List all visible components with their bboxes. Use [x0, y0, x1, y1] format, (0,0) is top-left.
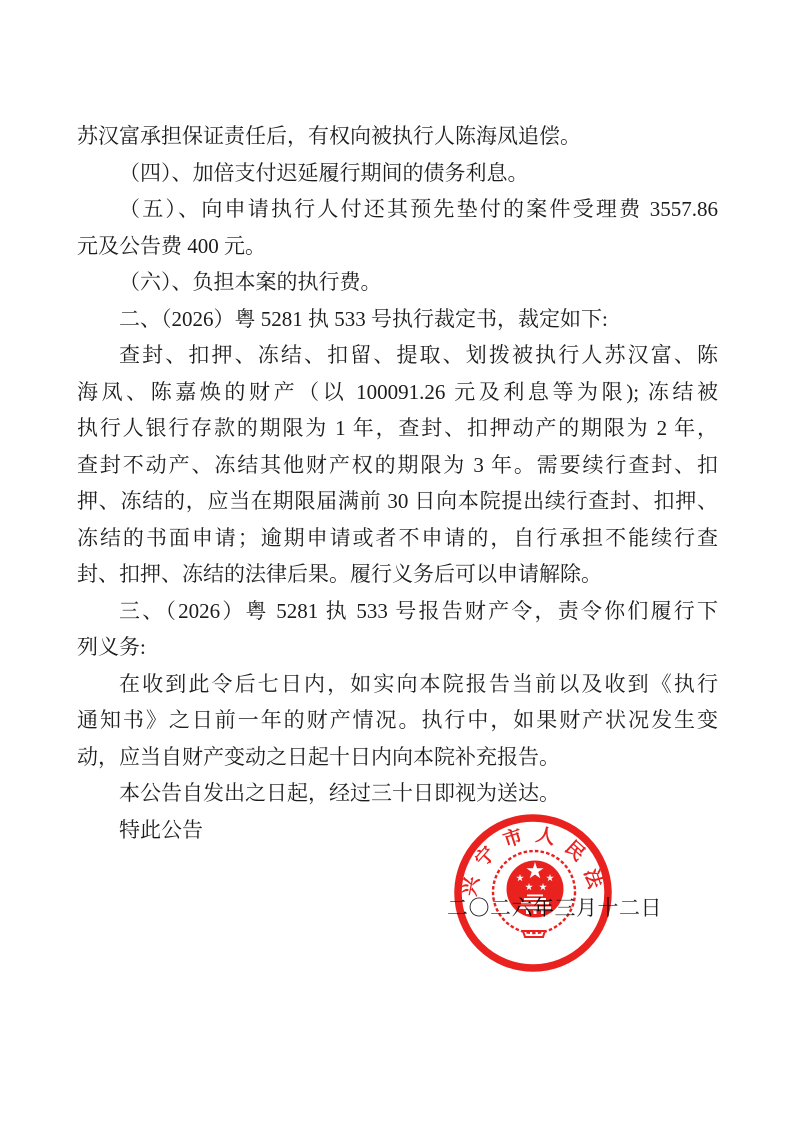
document-line: （四）、加倍支付迟延履行期间的债务利息。: [77, 155, 718, 192]
court-seal: 兴宁市人民法院: [453, 813, 613, 973]
document-line: 二、（2026）粤 5281 执 533 号执行裁定书，裁定如下:: [77, 301, 718, 338]
document-line: 苏汉富承担保证责任后，有权向被执行人陈海凤追偿。: [77, 118, 718, 155]
document-line: 押、冻结的，应当在期限届满前 30 日向本院提出续行查封、扣押、: [77, 483, 718, 520]
national-emblem-icon: [493, 851, 575, 937]
document-line: 在收到此令后七日内，如实向本院报告当前以及收到《执行: [77, 666, 718, 703]
document-line: 海凤、陈嘉焕的财产（以 100091.26 元及利息等为限); 冻结被: [77, 374, 718, 411]
document-line: 执行人银行存款的期限为 1 年，查封、扣押动产的期限为 2 年，: [77, 410, 718, 447]
document-line: （六）、负担本案的执行费。: [77, 264, 718, 301]
document-line: 封、扣押、冻结的法律后果。履行义务后可以申请解除。: [77, 556, 718, 593]
document-page: 苏汉富承担保证责任后，有权向被执行人陈海凤追偿。（四）、加倍支付迟延履行期间的债…: [0, 0, 793, 1122]
document-line: 特此公告: [77, 812, 718, 849]
document-line: 元及公告费 400 元。: [77, 228, 718, 265]
document-line: 本公告自发出之日起，经过三十日即视为送达。: [77, 775, 718, 812]
document-line: 冻结的书面申请；逾期申请或者不申请的，自行承担不能续行查: [77, 520, 718, 557]
document-line: 查封、扣押、冻结、扣留、提取、划拨被执行人苏汉富、陈: [77, 337, 718, 374]
document-line: 查封不动产、冻结其他财产权的期限为 3 年。需要续行查封、扣: [77, 447, 718, 484]
document-line: 三、（2026）粤 5281 执 533 号报告财产令，责令你们履行下: [77, 593, 718, 630]
document-line: 动，应当自财产变动之日起十日内向本院补充报告。: [77, 739, 718, 776]
document-line: 通知书》之日前一年的财产情况。执行中，如果财产状况发生变: [77, 702, 718, 739]
document-line: （五）、向申请执行人付还其预先垫付的案件受理费 3557.86: [77, 191, 718, 228]
document-line: 列义务:: [77, 629, 718, 666]
document-body: 苏汉富承担保证责任后，有权向被执行人陈海凤追偿。（四）、加倍支付迟延履行期间的债…: [77, 118, 718, 848]
